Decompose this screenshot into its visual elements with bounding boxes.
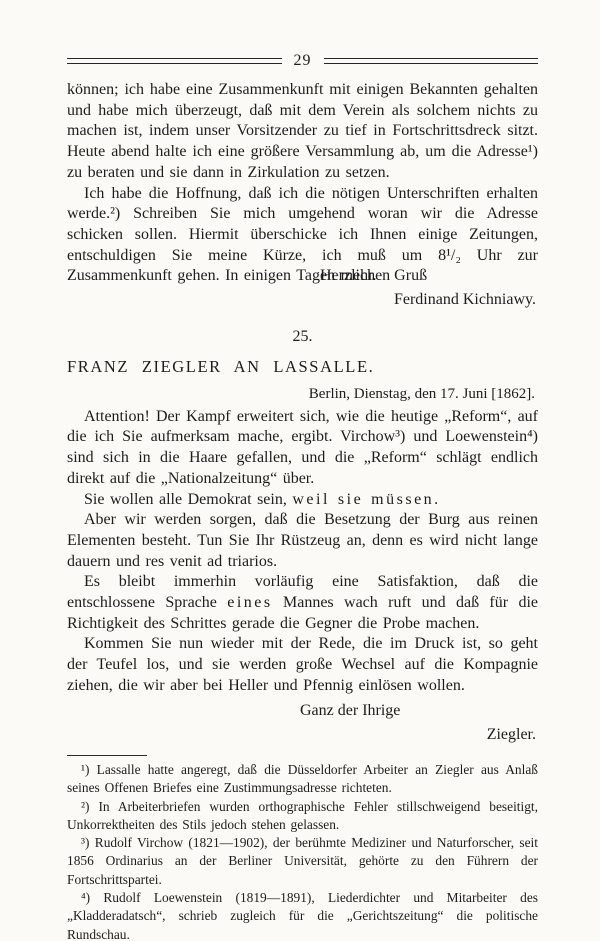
letter-heading: FRANZ ZIEGLER AN LASSALLE. <box>67 356 538 377</box>
footnote-separator <box>67 755 147 756</box>
emphasized-text: weil sie müssen <box>292 491 434 508</box>
footnote: ³) Rudolf Virchow (1821—1902), der berüh… <box>67 834 538 889</box>
paragraph-text: Sie wollen alle Demokrat sein, <box>84 491 292 508</box>
signature: Ferdinand Kichniawy. <box>67 290 538 311</box>
page-header: 29 <box>0 0 600 70</box>
letter-closing: Ganz der Ihrige <box>67 701 538 722</box>
book-page: 29 können; ich habe eine Zusammenkunft m… <box>0 0 600 941</box>
footnote: ¹) Lassalle hatte angeregt, daß die Düss… <box>67 761 538 798</box>
signature: Ziegler. <box>67 725 538 746</box>
paragraph: Sie wollen alle Demokrat sein, weil sie … <box>67 490 538 511</box>
text-column: können; ich habe eine Zusammenkunft mit … <box>0 70 600 941</box>
paragraph: können; ich habe eine Zusammenkunft mit … <box>67 80 538 184</box>
letter-number: 25. <box>67 327 538 347</box>
header-rule-right <box>324 58 539 64</box>
paragraph: Aber wir werden sorgen, daß die Besetzun… <box>67 510 538 572</box>
paragraph-text: . <box>434 491 438 508</box>
paragraph: Kommen Sie nun wieder mit der Rede, die … <box>67 634 538 696</box>
footnote: ²) In Arbeiterbriefen wurden orthographi… <box>67 798 538 835</box>
paragraph: Attention! Der Kampf erweitert sich, wie… <box>67 407 538 490</box>
header-rule-left <box>67 58 282 64</box>
dateline: Berlin, Dienstag, den 17. Juni [1862]. <box>67 385 538 404</box>
footnote: ⁴) Rudolf Loewenstein (1819—1891), Liede… <box>67 889 538 941</box>
page-number: 29 <box>291 52 315 70</box>
paragraph: Es bleibt immerhin vorläufig eine Satisf… <box>67 572 538 634</box>
emphasized-text: eines <box>227 594 272 611</box>
